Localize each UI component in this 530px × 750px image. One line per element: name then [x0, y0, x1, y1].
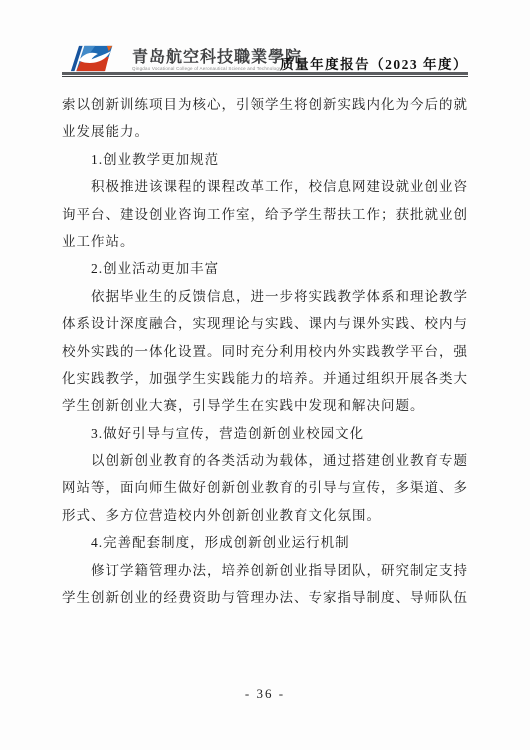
text-line: 体系设计深度融合，实现理论与实践、课内与课外实践、校内与 [62, 310, 468, 337]
text-line: 4.完善配套制度，形成创新创业运行机制 [62, 529, 468, 556]
text-line: 业发展能力。 [62, 118, 468, 145]
text-line: 学生创新创业的经费资助与管理办法、专家指导制度、导师队伍 [62, 584, 468, 611]
text-line: 化实践教学，加强学生实践能力的培养。并通过组织开展各类大 [62, 365, 468, 392]
text-line: 询平台、建设创业咨询工作室，给予学生帮扶工作；获批就业创 [62, 201, 468, 228]
text-line: 3.做好引导与宣传，营造创新创业校园文化 [62, 420, 468, 447]
text-line: 2.创业活动更加丰富 [62, 255, 468, 282]
text-line: 依据毕业生的反馈信息，进一步将实践教学体系和理论教学 [62, 283, 468, 310]
text-line: 形式、多方位营造校内外创新创业教育文化氛围。 [62, 502, 468, 529]
text-line: 学生创新创业大赛，引导学生在实践中发现和解决问题。 [62, 392, 468, 419]
header-divider [62, 72, 468, 78]
report-title: 质量年度报告（2023 年度） [280, 53, 468, 73]
page-header: 青岛航空科技職業學院 Qingdao Vocational College of… [62, 44, 468, 72]
text-line: 1.创业教学更加规范 [62, 146, 468, 173]
document-page: 青岛航空科技職業學院 Qingdao Vocational College of… [0, 0, 530, 750]
college-subtitle: Qingdao Vocational College of Aeronautic… [132, 66, 302, 71]
page-number: - 36 - [0, 686, 530, 702]
text-line: 网站等，面向师生做好创新创业教育的引导与宣传，多渠道、多 [62, 474, 468, 501]
text-line: 修订学籍管理办法，培养创新创业指导团队，研究制定支持 [62, 557, 468, 584]
college-name: 青岛航空科技職業學院 [132, 49, 302, 66]
text-line: 校外实践的一体化设置。同时充分利用校内外实践教学平台，强 [62, 338, 468, 365]
text-line: 以创新创业教育的各类活动为载体，通过搭建创业教育专题 [62, 447, 468, 474]
text-line: 积极推进该课程的课程改革工作，校信息网建设就业创业咨 [62, 173, 468, 200]
college-logo-icon [68, 45, 126, 72]
text-line: 业工作站。 [62, 228, 468, 255]
document-body: 索以创新训练项目为核心，引领学生将创新实践内化为今后的就业发展能力。1.创业教学… [62, 91, 468, 611]
college-name-block: 青岛航空科技職業學院 Qingdao Vocational College of… [132, 49, 302, 71]
text-line: 索以创新训练项目为核心，引领学生将创新实践内化为今后的就 [62, 91, 468, 118]
